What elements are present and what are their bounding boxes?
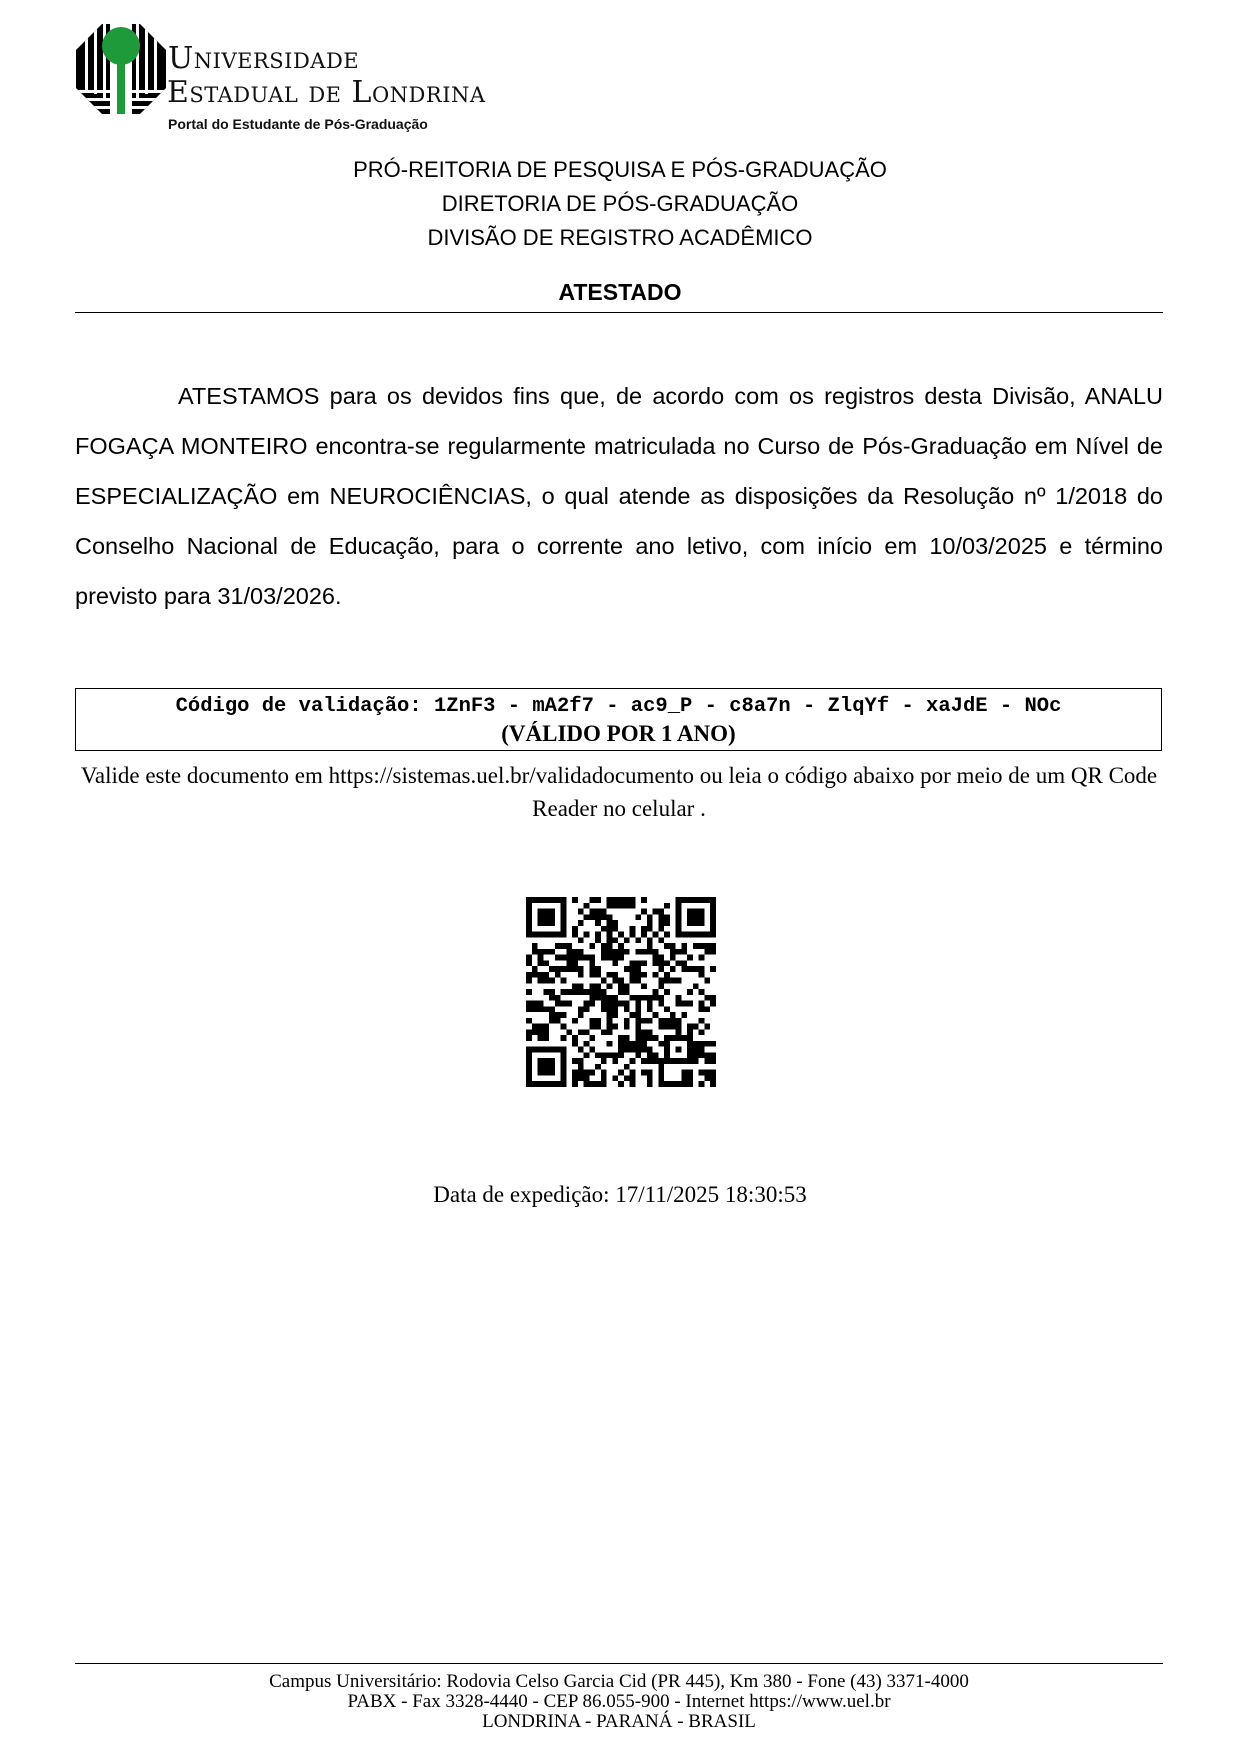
attestation-paragraph: ATESTAMOS para os devidos fins que, de a…	[75, 371, 1163, 621]
footer-line-3: LONDRINA - PARANÁ - BRASIL	[75, 1712, 1163, 1732]
title-divider	[75, 312, 1163, 313]
header-line-1: PRÓ-REITORIA DE PESQUISA E PÓS-GRADUAÇÃO	[0, 153, 1240, 187]
footer-divider	[75, 1663, 1163, 1664]
validation-code: Código de validação: 1ZnF3 - mA2f7 - ac9…	[76, 694, 1161, 720]
uel-logo-icon	[76, 24, 166, 114]
footer: Campus Universitário: Rodovia Celso Garc…	[75, 1672, 1163, 1732]
footer-line-2: PABX - Fax 3328-4440 - CEP 86.055-900 - …	[75, 1692, 1163, 1712]
header-line-2: DIRETORIA DE PÓS-GRADUAÇÃO	[0, 187, 1240, 221]
validation-instructions: Valide este documento em https://sistema…	[75, 759, 1163, 825]
header-line-3: DIVISÃO DE REGISTRO ACADÊMICO	[0, 221, 1240, 255]
qr-code-icon	[526, 897, 716, 1087]
validation-box: Código de validação: 1ZnF3 - mA2f7 - ac9…	[75, 688, 1162, 751]
portal-subtitle: Portal do Estudante de Pós-Graduação	[168, 116, 428, 132]
footer-line-1: Campus Universitário: Rodovia Celso Garc…	[75, 1672, 1163, 1692]
document-title: ATESTADO	[0, 275, 1240, 309]
university-name-line1: Universidade	[168, 42, 359, 76]
university-name-line2: Estadual de Londrina	[167, 76, 486, 110]
validation-validity: (VÁLIDO POR 1 ANO)	[76, 720, 1161, 748]
issue-date: Data de expedição: 17/11/2025 18:30:53	[0, 1180, 1240, 1210]
